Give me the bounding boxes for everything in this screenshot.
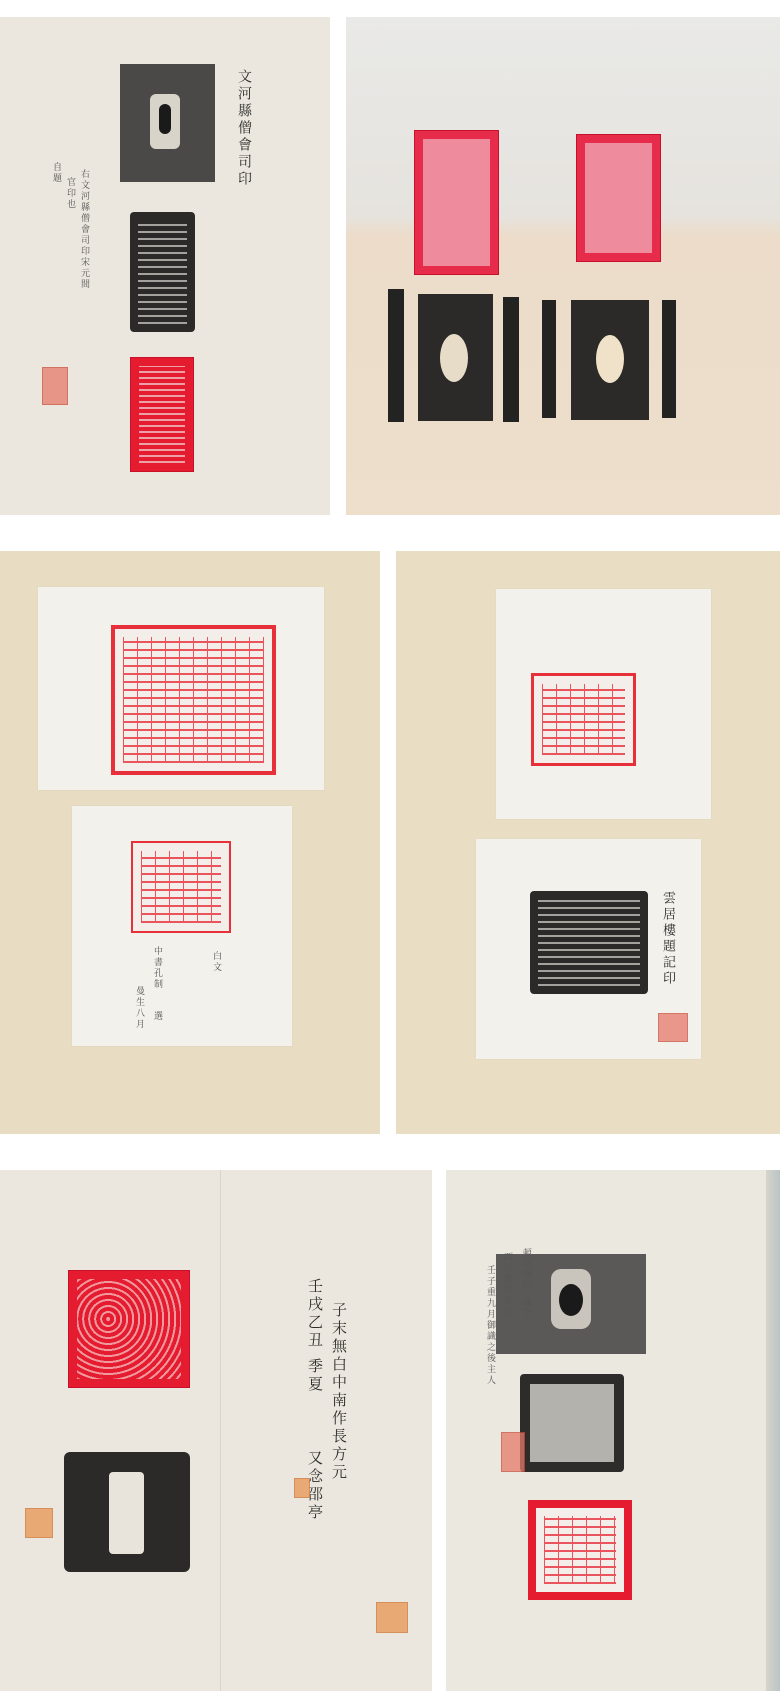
signature-stamp (501, 1432, 525, 1472)
panel-3-colophon-4: 白文 (210, 951, 222, 973)
panel-4: 雲居樓題記印 (396, 551, 780, 1134)
red-seal-right (576, 134, 661, 262)
panel-6-colophon-2: 西湖舊物宋元 (501, 1252, 513, 1318)
red-square-seal (528, 1500, 632, 1600)
panel-5: 子末無白中南作長方元 壬戌乙丑 季夏 又念邵亭 (0, 1170, 432, 1691)
panel-3-colophon-1: 中書孔制 (151, 946, 163, 990)
side-rubbing (662, 300, 676, 418)
page-fold (220, 1170, 221, 1691)
panel-1: 文河縣僧會司印 右文河縣僧會司印宋元間 官印也 自題 (0, 17, 330, 515)
red-seal-left (414, 130, 499, 275)
panel-6-colophon-3: 壬子重九月御識之後主人 (484, 1265, 496, 1386)
orange-stamp-left (25, 1508, 53, 1538)
panel-5-colophon-1: 子末無白中南作長方元 (330, 1302, 348, 1482)
black-square-seal (530, 891, 648, 994)
panel-3-colophon-2: 選 (151, 1011, 163, 1022)
black-square-seal (520, 1374, 624, 1472)
red-square-seal (531, 673, 636, 766)
signature-stamp (658, 1013, 688, 1042)
side-rubbing (542, 300, 556, 418)
black-rectangular-seal (130, 212, 195, 332)
red-rectangular-seal (130, 357, 194, 472)
red-square-seal (68, 1270, 190, 1388)
small-red-square-seal (131, 841, 231, 933)
panel-5-colophon-2: 壬戌乙丑 季夏 (306, 1278, 324, 1394)
orange-stamp-middle (294, 1478, 310, 1498)
grey-rubbing-seal (120, 64, 215, 182)
book-edge (766, 1170, 780, 1691)
panel-1-colophon-2: 官印也 (64, 177, 76, 210)
signature-stamp (42, 367, 68, 405)
panel-1-title: 文河縣僧會司印 (235, 69, 253, 188)
side-rubbing (388, 289, 404, 422)
large-red-square-seal (111, 625, 276, 775)
side-rubbing (503, 297, 519, 422)
black-rubbing-left (418, 294, 493, 421)
panel-4-title: 雲居樓題記印 (658, 891, 676, 987)
black-seal-with-window (64, 1452, 190, 1572)
panel-6: 頓印題印 識之 西湖舊物宋元 壬子重九月御識之後主人 (446, 1170, 780, 1691)
black-rubbing-right (571, 300, 649, 420)
panel-1-colophon-3: 自題 (50, 162, 62, 184)
panel-3: 中書孔制 選 曼生八月 白文 (0, 551, 380, 1134)
panel-3-colophon-3: 曼生八月 (133, 986, 145, 1030)
grey-rubbing-seal (496, 1254, 646, 1354)
panel-1-colophon-1: 右文河縣僧會司印宋元間 (78, 169, 90, 290)
orange-stamp-bottom (376, 1602, 408, 1633)
panel-6-colophon-1: 頓印題印 識之 (520, 1248, 532, 1319)
panel-2 (346, 17, 780, 515)
